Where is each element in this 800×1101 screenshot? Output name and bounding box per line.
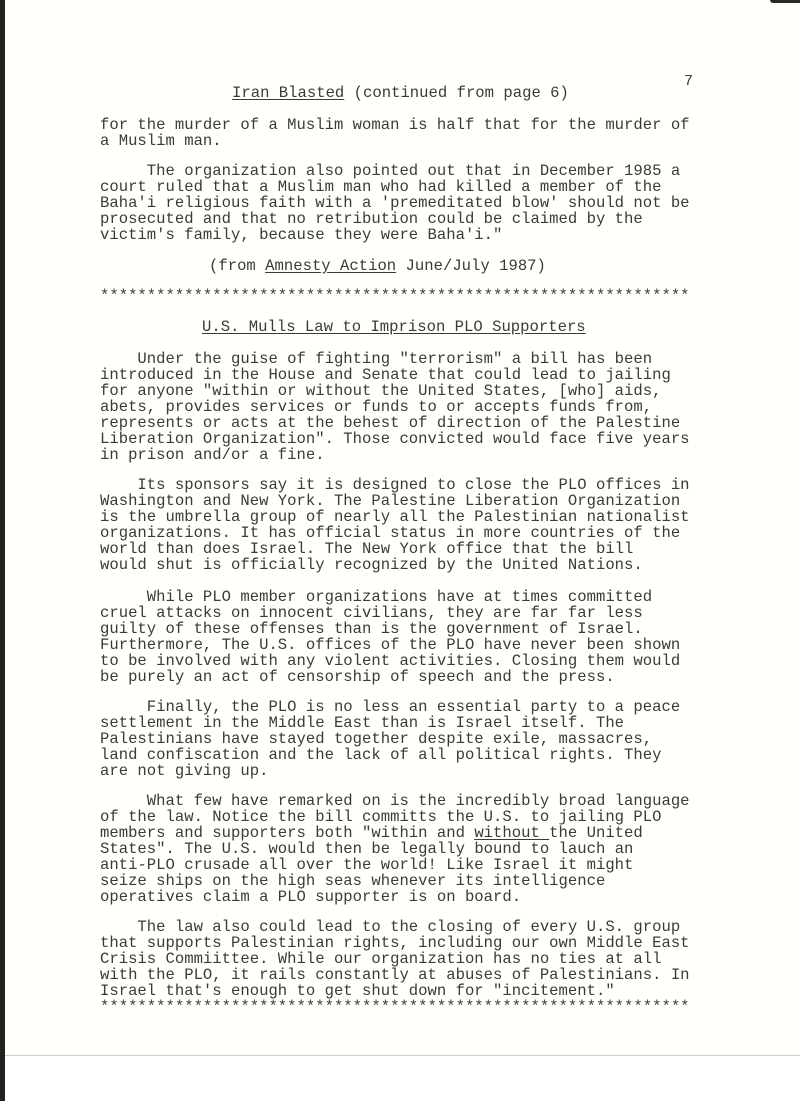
text-line: victim's family, because they were Baha'…: [100, 228, 502, 244]
asterisk-separator: ****************************************…: [100, 289, 690, 305]
scan-corner-shadow: [770, 0, 800, 3]
continued-heading: Iran Blasted (continued from page 6): [232, 86, 569, 102]
text-line: are not giving up.: [100, 764, 268, 780]
continued-suffix: (continued from page 6): [344, 84, 569, 102]
text-line: operatives claim a PLO supporter is on b…: [100, 890, 521, 906]
text-line: would shut is officially recognized by t…: [100, 558, 643, 574]
source-publication: Amnesty Action: [265, 257, 396, 275]
page-number: 7: [684, 74, 693, 90]
scan-bottom-margin: [5, 1056, 800, 1101]
text-line: be purely an act of censorship of speech…: [100, 670, 615, 686]
text-line: a Muslim man.: [100, 134, 222, 150]
text-line: in prison and/or a fine.: [100, 448, 325, 464]
asterisk-separator-bottom: ****************************************…: [100, 1000, 690, 1016]
article-title: U.S. Mulls Law to Imprison PLO Supporter…: [202, 320, 586, 336]
source-citation: (from Amnesty Action June/July 1987): [209, 259, 546, 275]
continued-article-title: Iran Blasted: [232, 84, 344, 102]
